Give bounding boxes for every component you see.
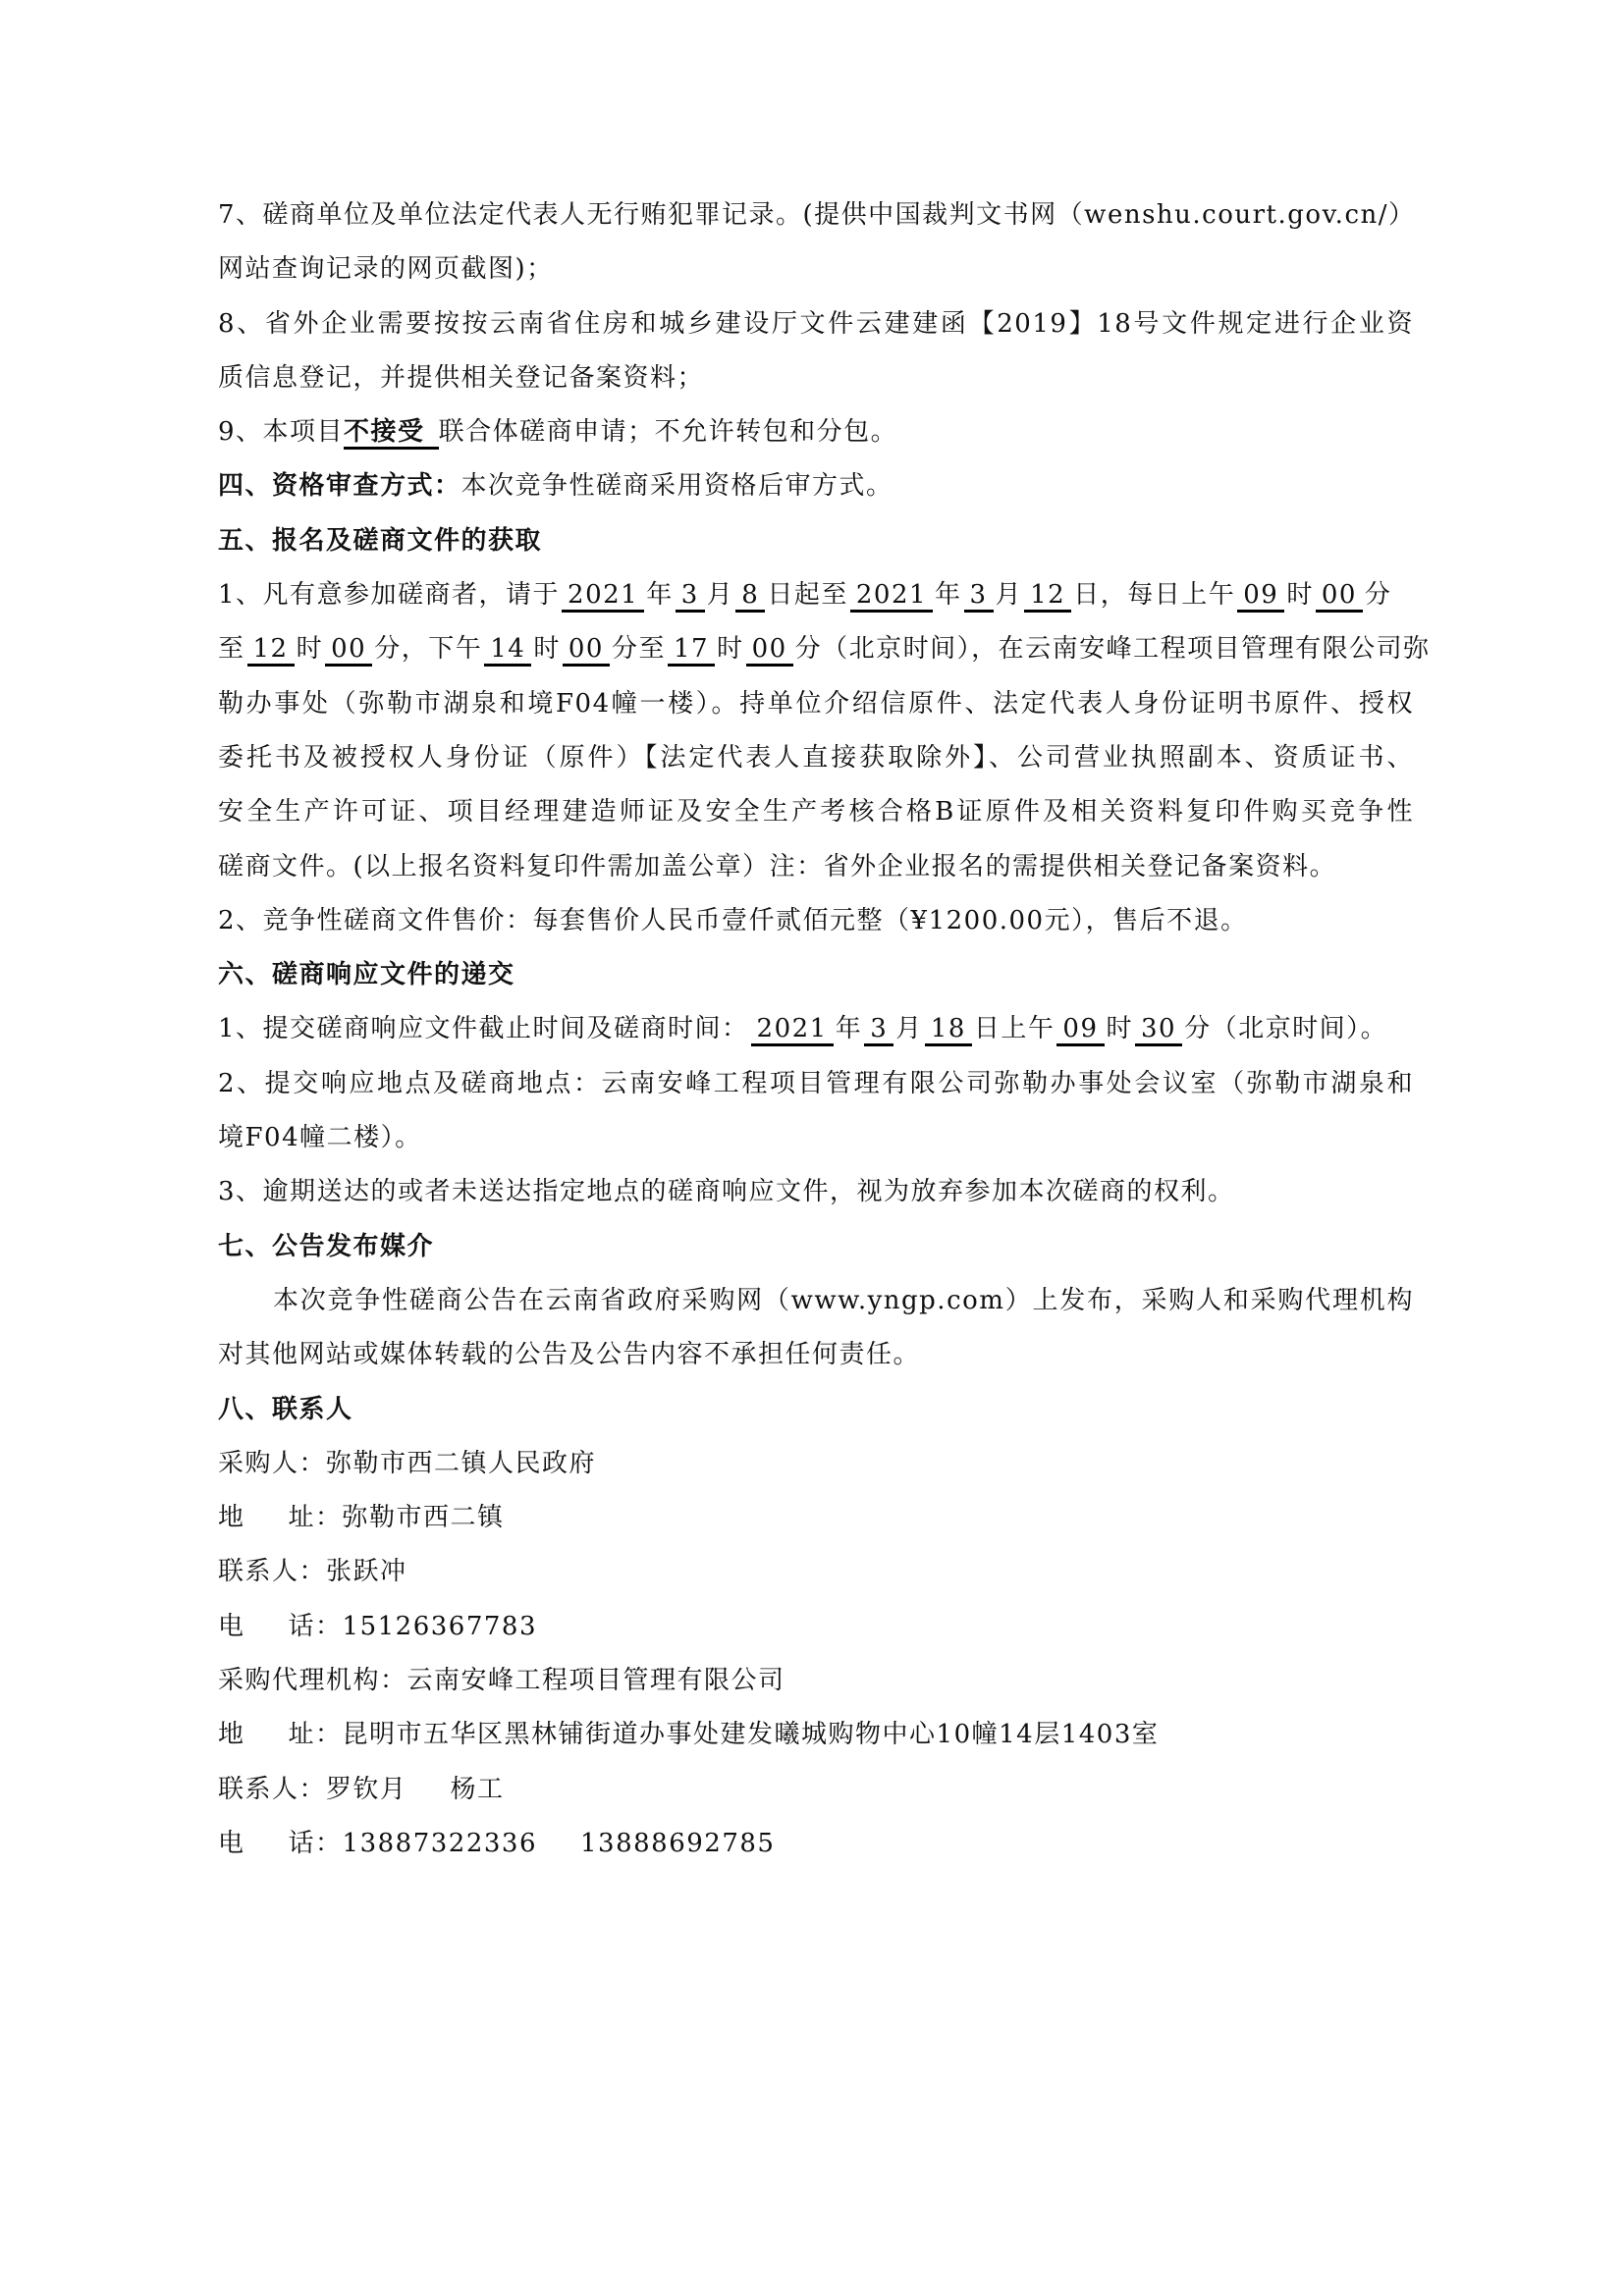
section-6-heading: 六、磋商响应文件的递交 bbox=[218, 948, 1414, 1002]
am-start-minute: 00 bbox=[1316, 580, 1363, 613]
text: 1、提交磋商响应文件截止时间及磋商时间： bbox=[218, 1014, 749, 1043]
agency-contact-value-2: 杨工 bbox=[451, 1775, 505, 1804]
address-label-b: 址： bbox=[289, 1720, 343, 1749]
text: 分 bbox=[1365, 580, 1392, 610]
item-9-prefix: 9、本项目 bbox=[218, 417, 344, 447]
agency-label: 采购代理机构： bbox=[218, 1666, 407, 1695]
document-page: 7、磋商单位及单位法定代表人无行贿犯罪记录。(提供中国裁判文书网（wenshu.… bbox=[218, 188, 1414, 1871]
section-5-p1-line-3: 勒办事处（弥勒市湖泉和境F04幢一楼）。持单位介绍信原件、法定代表人身份证明书原… bbox=[218, 677, 1414, 731]
section-4: 四、资格审查方式：本次竞争性磋商采用资格后审方式。 bbox=[218, 459, 1414, 513]
text: 至 bbox=[218, 634, 245, 664]
pm-start-hour: 14 bbox=[484, 634, 531, 667]
section-7-heading: 七、公告发布媒介 bbox=[218, 1220, 1414, 1274]
section-5-p1-line-2: 至12时00分，下午14时00分至17时00分（北京时间），在云南安峰工程项目管… bbox=[218, 622, 1414, 676]
purchaser-phone-value: 15126367783 bbox=[343, 1612, 537, 1641]
text: 分至 bbox=[612, 634, 666, 664]
section-5-p1-line-5: 安全生产许可证、项目经理建造师证及安全生产考核合格B证原件及相关资料复印件购买竞… bbox=[218, 785, 1414, 839]
section-5-heading: 五、报名及磋商文件的获取 bbox=[218, 514, 1414, 568]
section-5-p1-line-1: 1、凡有意参加磋商者，请于2021年3月8日起至2021年3月12日，每日上午0… bbox=[218, 568, 1414, 622]
text: 时 bbox=[1286, 580, 1314, 610]
agency-phone-row: 电话：1388732233613888692785 bbox=[218, 1817, 1414, 1871]
purchaser-contact-row: 联系人：张跃冲 bbox=[218, 1545, 1414, 1599]
phone-label-b: 话： bbox=[289, 1612, 343, 1641]
end-month: 3 bbox=[964, 580, 994, 613]
text: 月 bbox=[707, 580, 734, 610]
address-label-a: 地 bbox=[218, 1720, 245, 1749]
text: 月 bbox=[996, 580, 1023, 610]
section-4-heading: 四、资格审查方式： bbox=[218, 471, 461, 501]
section-5-p1-line-4: 委托书及被授权人身份证（原件）【法定代表人直接获取除外】、公司营业执照副本、资质… bbox=[218, 731, 1414, 785]
agency-value: 云南安峰工程项目管理有限公司 bbox=[407, 1666, 785, 1695]
start-year: 2021 bbox=[562, 580, 644, 613]
deadline-year: 2021 bbox=[751, 1014, 834, 1046]
text: 分，下午 bbox=[374, 634, 482, 664]
section-7-line-2: 对其他网站或媒体转载的公告及公告内容不承担任何责任。 bbox=[218, 1328, 1414, 1382]
address-label-b: 址： bbox=[289, 1503, 343, 1532]
am-end-hour: 12 bbox=[247, 634, 295, 667]
am-end-minute: 00 bbox=[325, 634, 372, 667]
agency-phone-value-2: 13888692785 bbox=[580, 1829, 775, 1858]
section-6-p2-line-2: 境F04幢二楼）。 bbox=[218, 1111, 1414, 1165]
start-month: 3 bbox=[676, 580, 705, 613]
text: 时 bbox=[717, 634, 744, 664]
section-7-line-1: 本次竞争性磋商公告在云南省政府采购网（www.yngp.com）上发布，采购人和… bbox=[218, 1274, 1414, 1328]
deadline-minute: 30 bbox=[1135, 1014, 1182, 1046]
purchaser-value: 弥勒市西二镇人民政府 bbox=[326, 1449, 596, 1478]
purchaser-label: 采购人： bbox=[218, 1449, 326, 1478]
deadline-hour: 09 bbox=[1056, 1014, 1104, 1046]
agency-contact-row: 联系人：罗钦月杨工 bbox=[218, 1763, 1414, 1817]
purchaser-contact-value: 张跃冲 bbox=[326, 1557, 407, 1586]
text: 年 bbox=[935, 580, 962, 610]
section-8-heading: 八、联系人 bbox=[218, 1383, 1414, 1437]
section-6-p3: 3、逾期送达的或者未送达指定地点的磋商响应文件，视为放弃参加本次磋商的权利。 bbox=[218, 1165, 1414, 1219]
contact-label: 联系人： bbox=[218, 1775, 326, 1804]
contact-label: 联系人： bbox=[218, 1557, 326, 1586]
item-7-line-1: 7、磋商单位及单位法定代表人无行贿犯罪记录。(提供中国裁判文书网（wenshu.… bbox=[218, 188, 1414, 242]
item-9: 9、本项目不接受联合体磋商申请；不允许转包和分包。 bbox=[218, 405, 1414, 459]
text: 时 bbox=[297, 634, 324, 664]
end-day: 12 bbox=[1024, 580, 1071, 613]
phone-label-b: 话： bbox=[289, 1829, 343, 1858]
agency-row: 采购代理机构：云南安峰工程项目管理有限公司 bbox=[218, 1654, 1414, 1708]
item-9-suffix: 联合体磋商申请；不允许转包和分包。 bbox=[439, 417, 898, 447]
text: 时 bbox=[533, 634, 561, 664]
text: 年 bbox=[646, 580, 674, 610]
text: 分（北京时间），在云南安峰工程项目管理有限公司弥 bbox=[795, 634, 1431, 664]
text: 时 bbox=[1107, 1014, 1134, 1043]
phone-label-a: 电 bbox=[218, 1829, 245, 1858]
am-start-hour: 09 bbox=[1237, 580, 1284, 613]
section-6-p1: 1、提交磋商响应文件截止时间及磋商时间：2021年3月18日上午09时30分（北… bbox=[218, 1002, 1414, 1056]
phone-label-a: 电 bbox=[218, 1612, 245, 1641]
item-9-emphasis: 不接受 bbox=[344, 417, 439, 450]
item-8-line-2: 质信息登记，并提供相关登记备案资料； bbox=[218, 351, 1414, 405]
agency-contact-value-1: 罗钦月 bbox=[326, 1775, 407, 1804]
deadline-month: 3 bbox=[864, 1014, 893, 1046]
agency-phone-value-1: 13887322336 bbox=[343, 1829, 537, 1858]
purchaser-address-value: 弥勒市西二镇 bbox=[343, 1503, 505, 1532]
pm-start-minute: 00 bbox=[563, 634, 610, 667]
text: 月 bbox=[895, 1014, 923, 1043]
deadline-day: 18 bbox=[925, 1014, 972, 1046]
pm-end-hour: 17 bbox=[668, 634, 715, 667]
agency-address-row: 地址：昆明市五华区黑林铺街道办事处建发曦城购物中心10幢14层1403室 bbox=[218, 1708, 1414, 1762]
end-year: 2021 bbox=[850, 580, 933, 613]
address-label-a: 地 bbox=[218, 1503, 245, 1532]
text: 日，每日上午 bbox=[1073, 580, 1235, 610]
text: 日起至 bbox=[767, 580, 848, 610]
purchaser-row: 采购人：弥勒市西二镇人民政府 bbox=[218, 1437, 1414, 1491]
text: 年 bbox=[836, 1014, 863, 1043]
text: 分（北京时间）。 bbox=[1184, 1014, 1387, 1043]
section-6-p2-line-1: 2、提交响应地点及磋商地点：云南安峰工程项目管理有限公司弥勒办事处会议室（弥勒市… bbox=[218, 1057, 1414, 1111]
text: 日上午 bbox=[974, 1014, 1056, 1043]
purchaser-phone-row: 电话：15126367783 bbox=[218, 1600, 1414, 1654]
start-day: 8 bbox=[735, 580, 765, 613]
item-8-line-1: 8、省外企业需要按按云南省住房和城乡建设厅文件云建建函【2019】18号文件规定… bbox=[218, 297, 1414, 351]
section-5-p1-line-6: 磋商文件。(以上报名资料复印件需加盖公章）注：省外企业报名的需提供相关登记备案资… bbox=[218, 840, 1414, 894]
section-4-text: 本次竞争性磋商采用资格后审方式。 bbox=[461, 471, 893, 501]
purchaser-address-row: 地址：弥勒市西二镇 bbox=[218, 1491, 1414, 1545]
pm-end-minute: 00 bbox=[746, 634, 793, 667]
agency-address-value: 昆明市五华区黑林铺街道办事处建发曦城购物中心10幢14层1403室 bbox=[343, 1720, 1160, 1749]
item-7-line-2: 网站查询记录的网页截图)； bbox=[218, 242, 1414, 296]
section-5-p2: 2、竞争性磋商文件售价：每套售价人民币壹仟贰佰元整（¥1200.00元），售后不… bbox=[218, 894, 1414, 948]
text: 1、凡有意参加磋商者，请于 bbox=[218, 580, 560, 610]
